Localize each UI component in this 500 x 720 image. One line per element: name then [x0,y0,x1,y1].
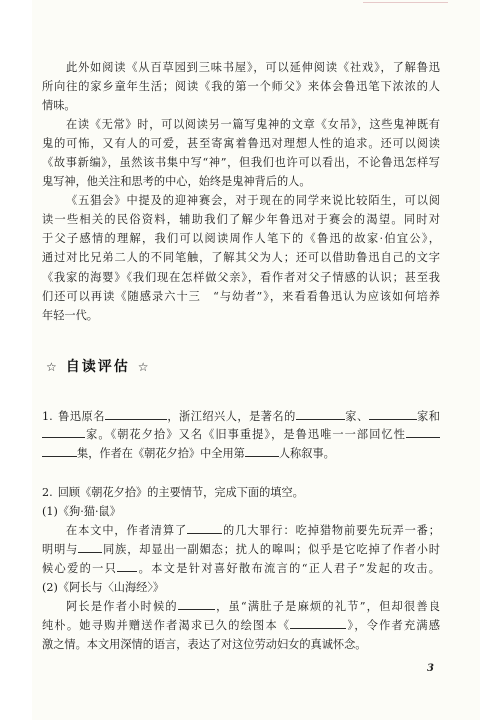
text-line: 《五猖会》中提及的迎神赛会，对于现在的同学来说比较陌生，可以阅 [42,191,440,210]
reading-guide-text: 此外如阅读《从百草园到三味书屋》，可以延伸阅读《社戏》，了解鲁迅 所向往的家乡童… [42,58,440,325]
answer-blank [245,446,279,457]
question-text: 家、 [345,410,369,423]
star-icon: ☆ [46,360,57,374]
scan-artifact-line [363,2,448,3]
paragraph: 此外如阅读《从百草园到三味书屋》，可以延伸阅读《社戏》，了解鲁迅 所向往的家乡童… [42,58,440,115]
page-number: 3 [427,663,434,674]
question-text: 的几大罪行：吃掉猎物前要先玩弄一番； [222,524,440,537]
answer-blank [117,561,137,572]
question-text: 集，作者在《朝花夕拾》中全用第 [77,447,245,460]
question-line: 2.回顾《朝花夕拾》的主要情节，完成下面的填空。 [42,483,440,502]
text-line: 于父子感情的理解，我们可以阅读周作人笔下的《鲁迅的故家·伯宜公》， [42,229,440,248]
answer-blank [42,446,77,457]
question-line: 集，作者在《朝花夕拾》中全用第人称叙事。 [42,445,440,464]
answer-blank [290,618,346,629]
subquestion-title: (1)《狗·猫·鼠》 [42,502,440,521]
question-text: ，虽“满肚子是麻烦的礼节”，但却很善良 [215,600,440,613]
answer-blank [42,427,85,438]
question-text: 明明与 [42,543,78,556]
question-number: 2. [42,486,53,499]
question-text: 鲁迅原名 [58,410,105,423]
question-line: 阿长是作者小时候的，虽“满肚子是麻烦的礼节”，但却很善良 [42,597,440,616]
question-line: 激之情。本文用深情的语言，表达了对这位劳动妇女的真诚怀念。 [42,635,440,654]
question-line: 在本文中，作者清算了的几大罪行：吃掉猎物前要先玩弄一番； [42,521,440,540]
question-line: 家。《朝花夕拾》又名《旧事重提》，是鲁迅唯一一部回忆性 [42,426,440,445]
question-text: 。本文是针对喜好散布流言的“正人君子”发起的攻击。 [137,562,440,575]
star-icon: ☆ [138,360,149,374]
question-text: 人称叙事。 [279,447,335,460]
question-text: 》，令作者充满感 [346,619,440,632]
text-line: 在读《无常》时，可以阅读另一篇写鬼神的文章《女吊》，这些鬼神既有 [42,115,440,134]
question-prompt: 回顾《朝花夕拾》的主要情节，完成下面的填空。 [58,486,304,499]
answer-blank [406,427,440,438]
question-line: 纯朴。她寻购并赠送作者渴求已久的绘图本《》，令作者充满感 [42,616,440,635]
question-line: 明明与同族，却显出一副媚态；扰人的嗥叫；似乎是它吃掉了作者小时 [42,540,440,559]
answer-blank [187,523,222,534]
section-heading: ☆自读评估☆ [46,356,149,376]
subquestion-title: (2)《阿长与〈山海经〉》 [42,578,440,597]
answer-blank [296,409,345,420]
text-line: 年轻一代。 [42,306,440,325]
question-1: 1.鲁迅原名，浙江绍兴人，是著名的家、家和 家。《朝花夕拾》又名《旧事重提》，是… [42,408,440,464]
answer-blank [78,542,102,553]
paragraph: 在读《无常》时，可以阅读另一篇写鬼神的文章《女吊》，这些鬼神既有 鬼的可怖，又有… [42,115,440,191]
text-line: 《故事新编》，虽然该书集中写“神”，但我们也许可以看出，不论鲁迅怎样写 [42,153,440,172]
text-line: 鬼写神，他关注和思考的中心，始终是鬼神背后的人。 [42,172,440,191]
question-text: 在本文中，作者清算了 [66,524,187,537]
text-line: 此外如阅读《从百草园到三味书屋》，可以延伸阅读《社戏》，了解鲁迅 [42,58,440,77]
question-text: 家。《朝花夕拾》又名《旧事重提》，是鲁迅唯一一部回忆性 [85,428,406,441]
question-text: 阿长是作者小时候的 [66,600,178,613]
question-2: 2.回顾《朝花夕拾》的主要情节，完成下面的填空。 (1)《狗·猫·鼠》 在本文中… [42,483,440,655]
question-line: 候心爱的一只。本文是针对喜好散布流言的“正人君子”发起的攻击。 [42,559,440,578]
answer-blank [178,599,215,610]
text-line: 们还可以再读《随感录六十三 “与幼者”》，来看看鲁迅认为应该如何培养 [42,287,440,306]
question-text: 纯朴。她寻购并赠送作者渴求已久的绘图本《 [42,619,290,632]
text-line: 所向往的家乡童年生活；阅读《我的第一个师父》来体会鲁迅笔下浓浓的人 [42,77,440,96]
paragraph: 《五猖会》中提及的迎神赛会，对于现在的同学来说比较陌生，可以阅 读一些相关的民俗… [42,191,440,325]
question-text: ，浙江绍兴人，是著名的 [167,410,296,423]
text-line: 情味。 [42,96,440,115]
answer-blank [369,409,417,420]
text-line: 《我家的海婴》《我们现在怎样做父亲》，看作者对父子情感的认识；甚至我 [42,268,440,287]
section-title: 自读评估 [66,359,130,375]
answer-blank [105,409,167,420]
question-text: 同族，却显出一副媚态；扰人的嗥叫；似乎是它吃掉了作者小时 [102,543,440,556]
text-line: 鬼的可怖，又有人的可爱，甚至寄寓着鲁迅对理想人性的追求。还可以阅读 [42,134,440,153]
question-number: 1. [42,410,53,423]
question-line: 1.鲁迅原名，浙江绍兴人，是著名的家、家和 [42,408,440,427]
text-line: 读一些相关的民俗资料，辅助我们了解少年鲁迅对于赛会的渴望。同时对 [42,210,440,229]
question-text: 家和 [417,410,440,423]
text-line: 通过对比兄弟二人的不同笔触，了解其父为人；还可以借助鲁迅自己的文字 [42,248,440,267]
question-text: 候心爱的一只 [42,562,117,575]
